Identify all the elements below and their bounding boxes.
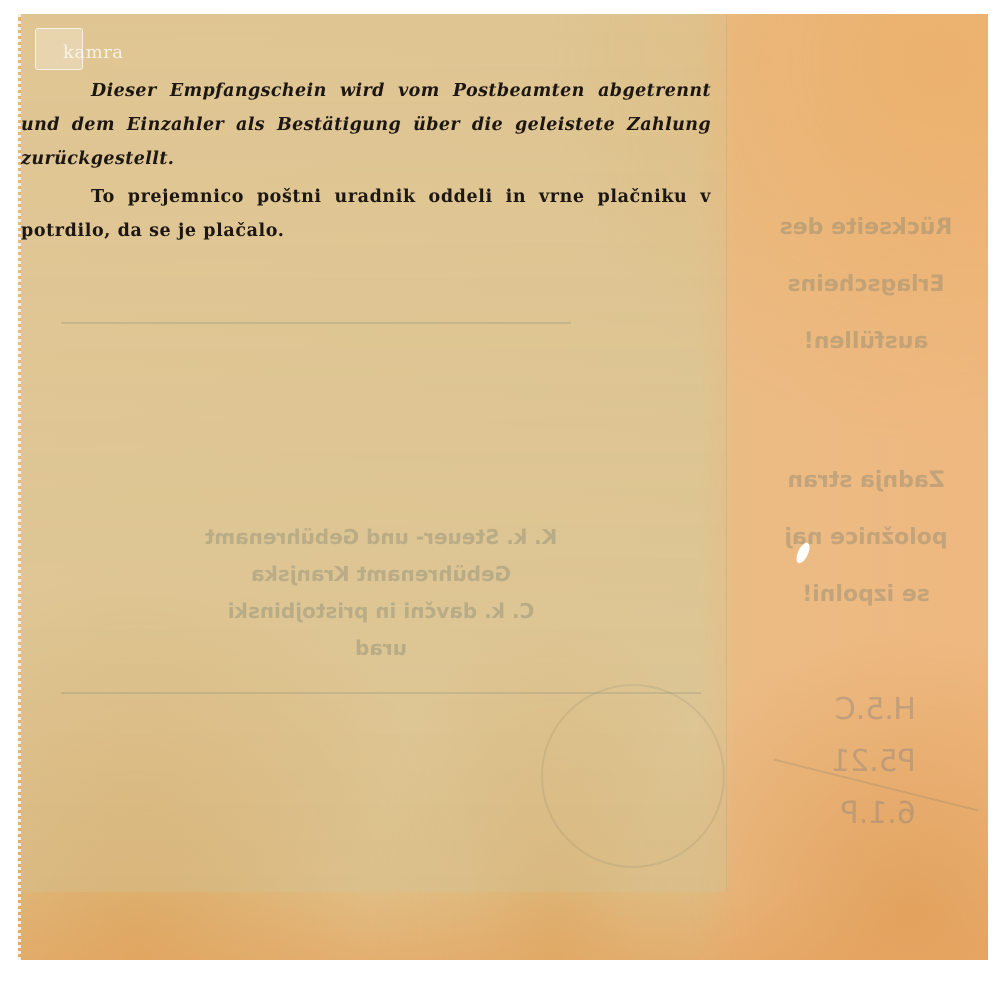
bleed-line: ausfüllen! — [746, 313, 986, 370]
watermark-text: kamra — [63, 42, 124, 63]
handwritten-line: 6.1.P — [831, 788, 916, 840]
bleed-through-right-slovene: Zadnja stran položnice naj se izpolni! — [746, 452, 986, 623]
bleed-line: Erlagscheins — [746, 256, 986, 313]
bleed-through-right-german: Rückseite des Erlagscheins ausfüllen! — [746, 199, 986, 370]
postmark-circle-icon — [541, 684, 725, 868]
bleed-rule — [61, 322, 571, 324]
bleed-line: Zadnja stran — [746, 452, 986, 509]
handwritten-line: H.5.C — [831, 684, 916, 736]
bleed-line: Rückseite des — [746, 199, 986, 256]
german-instruction: Dieser Empfangschein wird vom Postbeamte… — [21, 74, 711, 176]
bleed-line: K. k. Steuer- und Gebührenamt — [101, 519, 661, 556]
bleed-line: urad — [101, 630, 661, 667]
handwritten-notes: H.5.C P5.21 6.1.P — [831, 684, 916, 840]
slovene-instruction: To prejemnico poštni uradnik oddeli in v… — [21, 180, 711, 248]
bleed-line: se izpolni! — [746, 566, 986, 623]
bleed-line: položnice naj — [746, 509, 986, 566]
printed-instructions: Dieser Empfangschein wird vom Postbeamte… — [21, 74, 711, 248]
bleed-through-stamp: K. k. Steuer- und Gebührenamt Gebührenam… — [101, 519, 661, 667]
bleed-line: Gebührenamt Kranjska — [101, 556, 661, 593]
handwritten-line: P5.21 — [831, 736, 916, 788]
receipt-paper: kamra Dieser Empfangschein wird vom Post… — [18, 14, 988, 960]
bleed-line: C. k. davčni in pristojbinski — [101, 593, 661, 630]
stain-band — [21, 892, 988, 960]
